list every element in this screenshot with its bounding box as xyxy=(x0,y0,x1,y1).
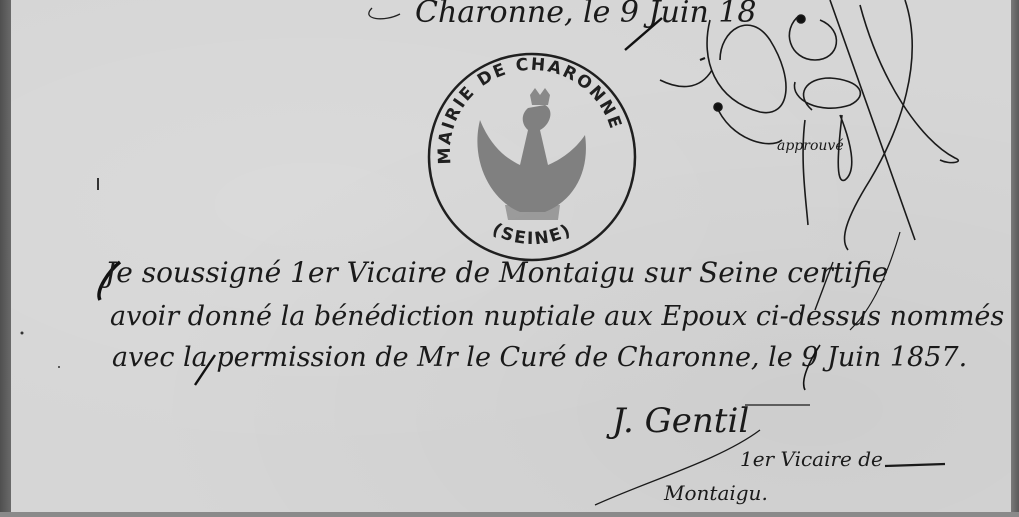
svg-text:J. Gentil: J. Gentil xyxy=(606,401,749,441)
svg-text:1er Vicaire de: 1er Vicaire de xyxy=(740,447,883,471)
svg-text:(SEINE): (SEINE) xyxy=(489,220,576,250)
certificate-body: Je soussigné 1er Vicaire de Montaigu sur… xyxy=(99,232,1004,390)
header-place-date: Charonne, le 9 Juin 18 xyxy=(369,0,757,50)
ink-layer: Charonne, le 9 Juin 18 approuvé MAIRIE D… xyxy=(0,0,1019,517)
svg-text:approuvé: approuvé xyxy=(777,138,844,154)
paper-specks xyxy=(21,178,100,368)
svg-text:Charonne, le 9 Juin 18: Charonne, le 9 Juin 18 xyxy=(415,0,757,30)
eagle-emblem-icon xyxy=(477,88,586,220)
margin-paraph-flourish: approuvé xyxy=(660,0,958,250)
svg-text:Je soussigné 1er Vicaire de Mo: Je soussigné 1er Vicaire de Montaigu sur… xyxy=(100,256,888,289)
svg-text:Montaigu.: Montaigu. xyxy=(663,481,768,505)
mairie-stamp: MAIRIE DE CHARONNE (SEINE) xyxy=(429,54,635,260)
vicar-signature: J. Gentil 1er Vicaire de Montaigu. xyxy=(595,401,945,505)
svg-text:avec la permission de Mr le Cu: avec la permission de Mr le Curé de Char… xyxy=(112,342,967,373)
